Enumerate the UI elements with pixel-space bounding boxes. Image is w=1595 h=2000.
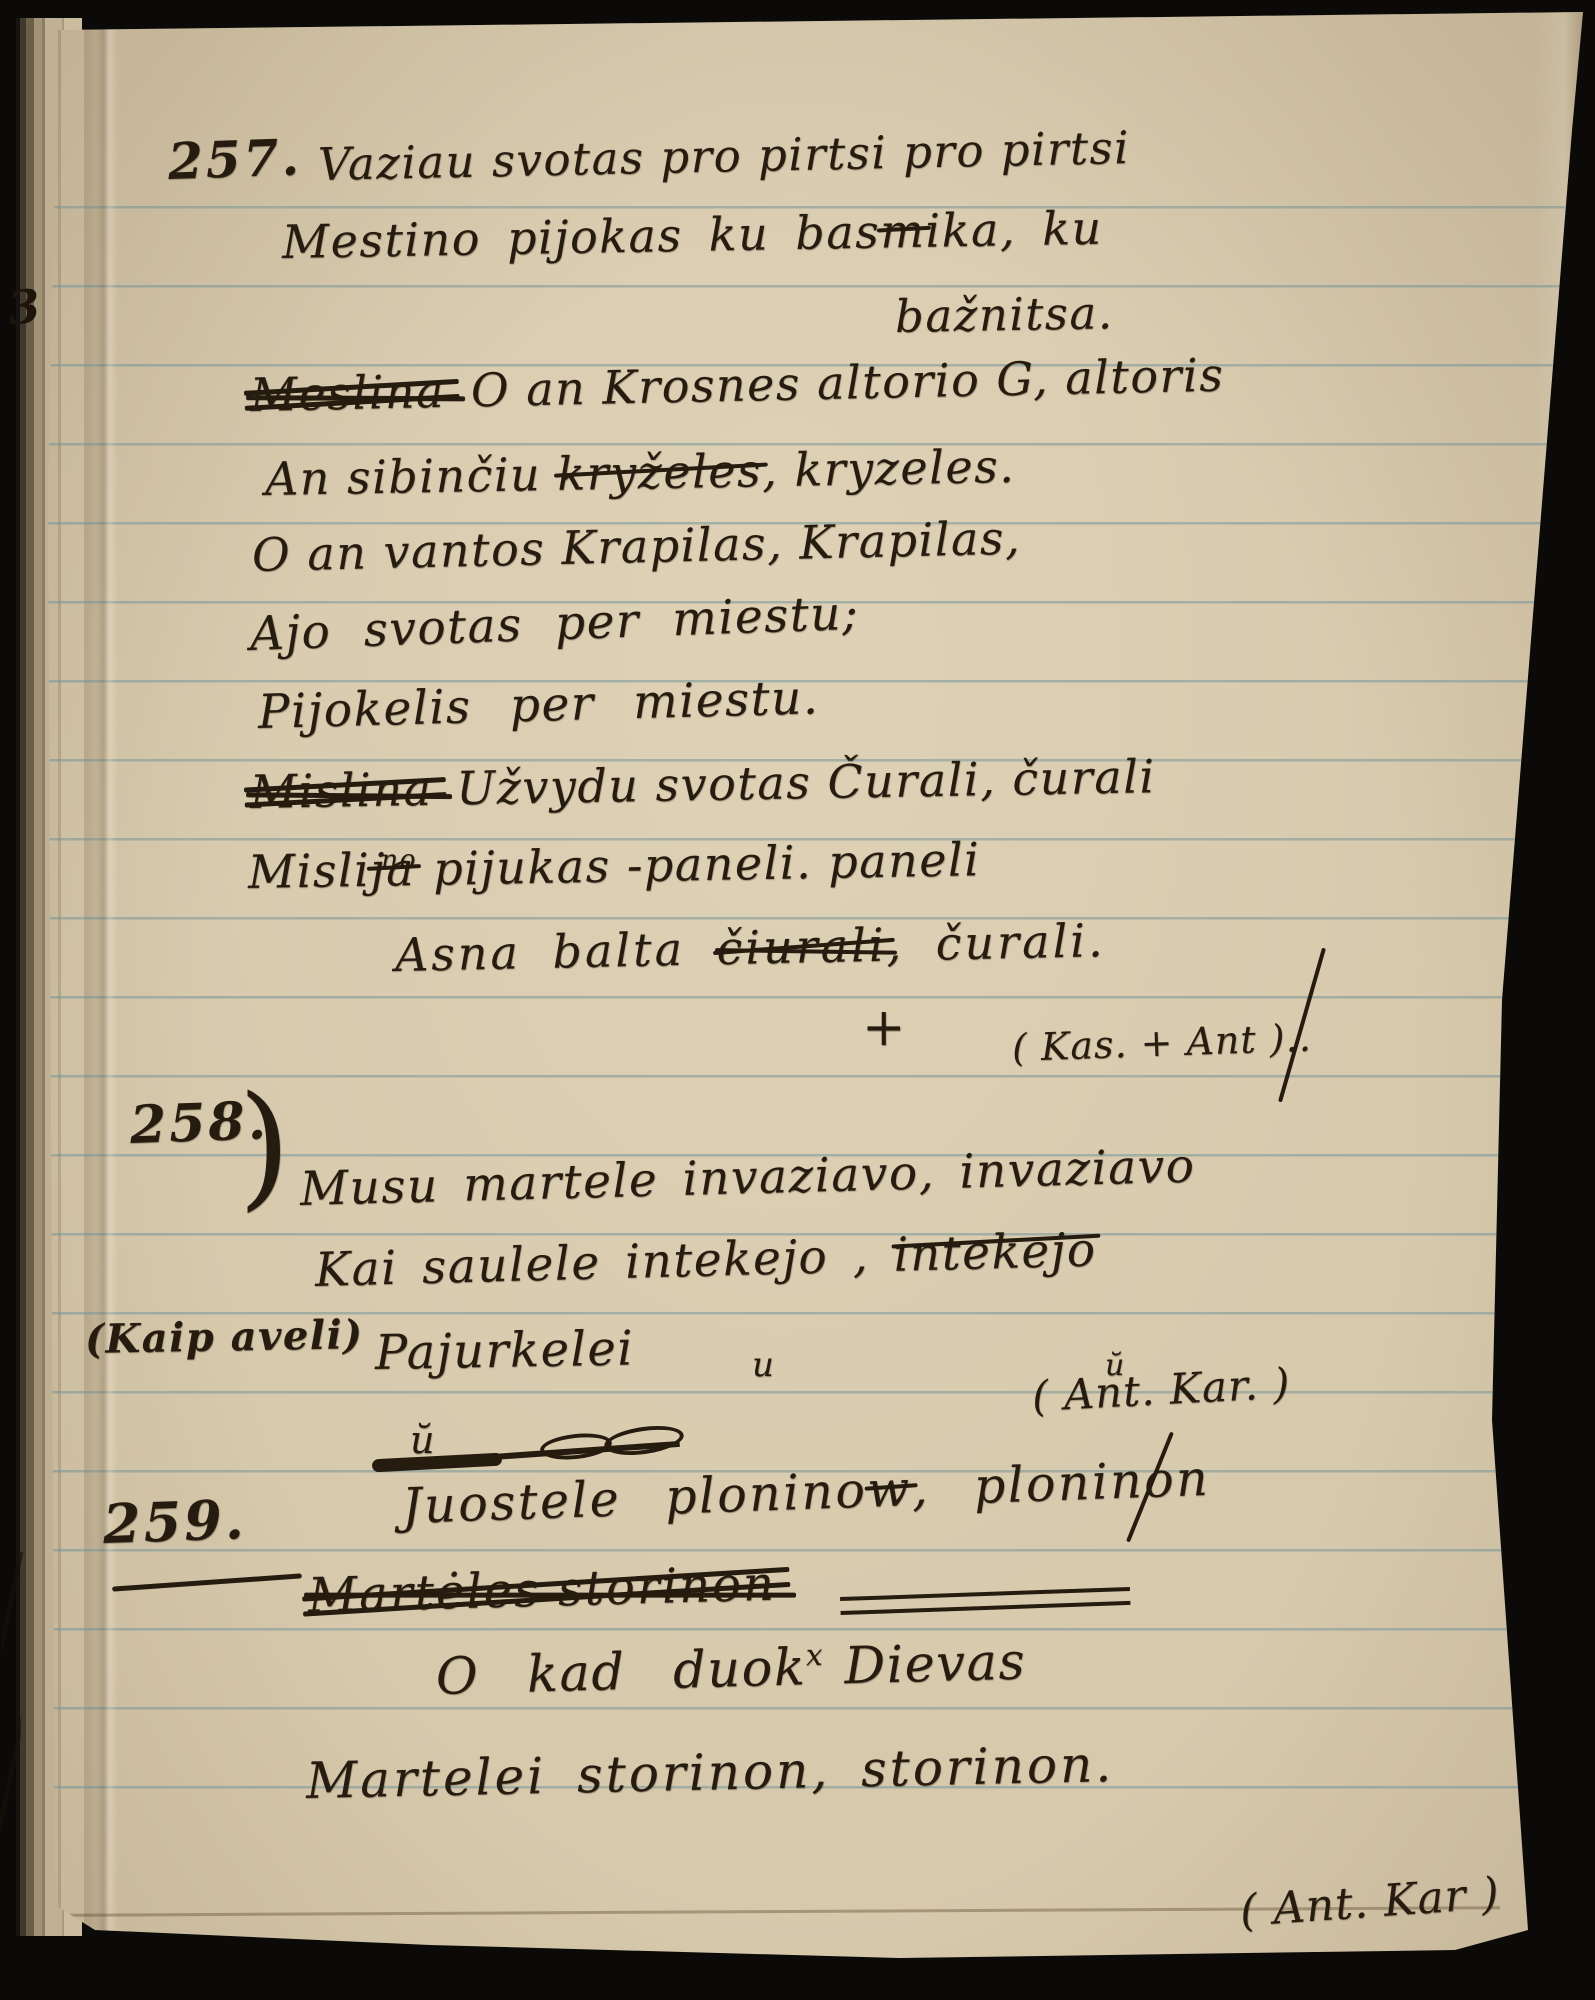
margin-page-number: 3 — [5, 278, 42, 335]
song-257-line-9: MislinaUžvydu svotas Čurali, čurali — [250, 749, 1156, 819]
line-text: Juostele plonino — [401, 1462, 868, 1535]
small-u-mark: u — [752, 1345, 775, 1385]
song-259-line-1: Juostele ploninow, ploninon — [401, 1450, 1211, 1535]
line-text: ika, ku — [925, 201, 1103, 258]
dagger-mark: + — [862, 998, 907, 1058]
song-258-margin-note: (Kaip aveli) — [85, 1311, 364, 1363]
song-257-line-11: Asna balta čiurali, čurali. — [394, 913, 1106, 982]
line-text: , ploninon — [911, 1450, 1211, 1517]
song-258-line-3: Pajurkelei — [375, 1320, 635, 1381]
line-text: Asna balta — [394, 921, 717, 982]
song-257-line-4: MeslinaO an Krosnes altorio G, altoris — [249, 348, 1224, 422]
line-text: O an Krosnes altorio G, altoris — [470, 348, 1225, 418]
line-text: , kryzeles. — [762, 439, 1016, 497]
song-257-line-8: Pijokelis per miestu. — [257, 670, 820, 740]
song-257-attribution: ( Kas. + Ant ).. — [1011, 1016, 1312, 1070]
line-text: Dievas — [844, 1633, 1027, 1697]
song-257-line-10: Mislijanopijukas -paneli. paneli — [248, 832, 981, 899]
struck-letter: w — [866, 1460, 912, 1519]
line-text: Kai saulele intekejo , — [314, 1228, 894, 1298]
strike-tail — [840, 1587, 1130, 1601]
number-underline-flourish — [112, 1573, 302, 1591]
line-text: Misli — [248, 843, 371, 899]
song-258-line-2: Kai saulele intekejo , intekejo — [314, 1223, 1097, 1298]
song-259-line-4: Martelei storinon, storinon. — [305, 1735, 1114, 1810]
song-257-number: 257. — [167, 127, 303, 191]
notebook-scan: 3 257. Vaziau svotas pro pirtsi pro pirt… — [0, 0, 1595, 2000]
song-258-bracket: ) — [238, 1078, 292, 1213]
superscript-correction: no — [381, 844, 418, 876]
song-257-line-1: Vaziau svotas pro pirtsi pro pirtsi — [317, 121, 1130, 191]
line-text: Mestino pijokas ku bas — [282, 205, 881, 269]
song-257-line-7: Ajo svotas per miestu; — [249, 586, 860, 662]
line-text: O kad duok — [435, 1638, 807, 1707]
line-text: Užvydu svotas Čurali, čurali — [456, 749, 1156, 815]
song-258-line-1: Musu martele invaziavo, invaziavo — [299, 1139, 1196, 1217]
song-259-number: 259. — [102, 1487, 248, 1556]
song-257-line-3: bažnitsa. — [895, 286, 1114, 343]
song-258-attribution: ( Ant. Kar. ) — [1031, 1358, 1292, 1420]
superscript-mark: x — [805, 1638, 824, 1672]
line-text: An sibinčiu — [265, 447, 558, 506]
struck-letter: m — [880, 204, 926, 259]
song-259-line-2: Martėles storinon — [307, 1556, 776, 1624]
notebook-page: 257. Vaziau svotas pro pirtsi pro pirtsi… — [40, 8, 1585, 1958]
line-text: pijukas -paneli. paneli — [433, 832, 981, 896]
struck-phrase: Martėles storinon — [307, 1556, 776, 1624]
line-text: , čurali. — [886, 913, 1106, 972]
scribble-loop — [539, 1430, 613, 1462]
struck-word: kryželes — [557, 443, 763, 501]
handwriting-layer: 257. Vaziau svotas pro pirtsi pro pirtsi… — [0, 0, 1595, 2000]
struck-word: Mislina — [250, 762, 433, 819]
song-257-line-2: Mestino pijokas ku basmika, ku — [282, 201, 1104, 269]
song-257-line-6: O an vantos Krapilas, Krapilas, — [251, 511, 1021, 582]
scribble-loop — [603, 1422, 686, 1460]
song-259-attribution: ( Ant. Kar ) — [1238, 1868, 1501, 1937]
song-257-line-5: An sibinčiu kryželes, kryzeles. — [265, 439, 1016, 506]
song-259-line-3: O kad duokxDievas — [435, 1633, 1027, 1707]
struck-word: Meslina — [249, 364, 445, 422]
overstruck-word: intekejo — [893, 1223, 1098, 1283]
struck-word: čiurali — [716, 918, 887, 976]
